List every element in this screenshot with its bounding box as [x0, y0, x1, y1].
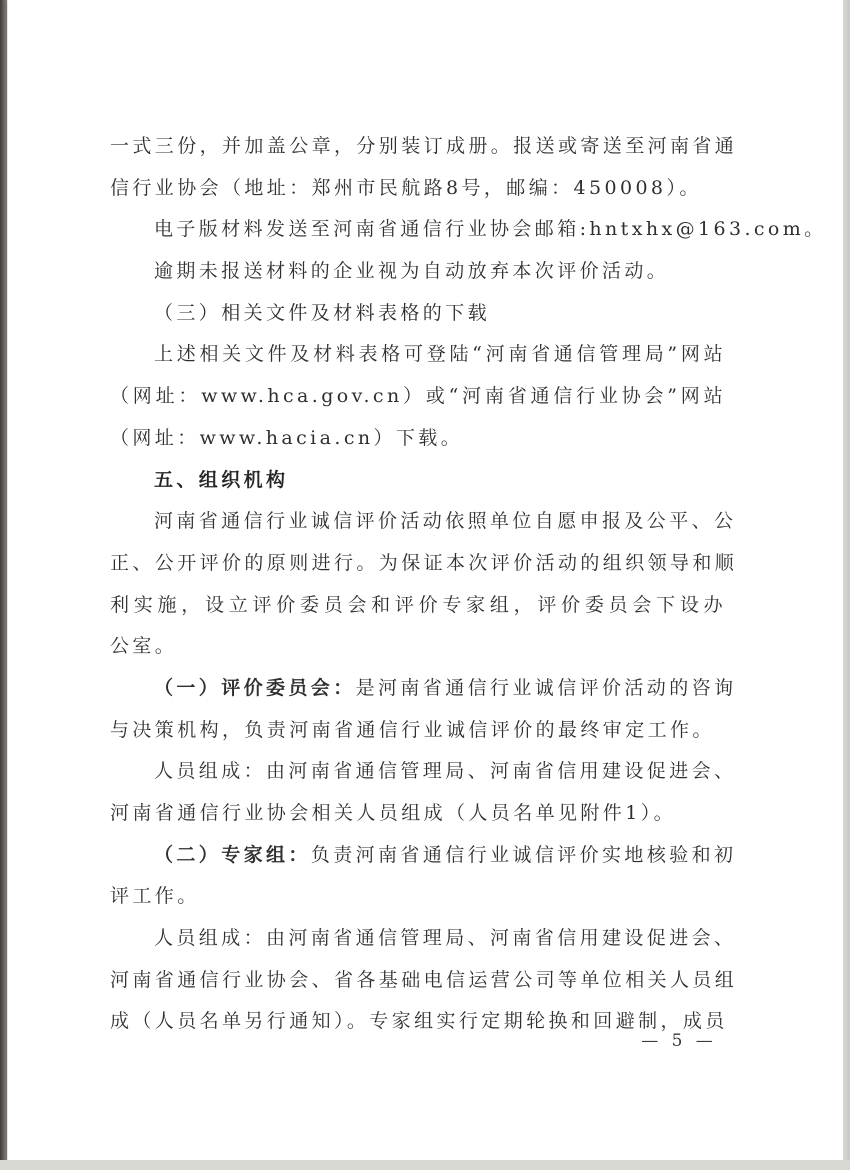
expert-group-line-2: 评工作。 — [110, 876, 726, 918]
committee-members-line-1: 人员组成：由河南省通信管理局、河南省信用建设促进会、 — [110, 751, 726, 793]
org-paragraph-line-3: 利实施，设立评价委员会和评价专家组，评价委员会下设办 — [110, 585, 726, 627]
scan-edge-right — [843, 0, 850, 1170]
org-paragraph-line-2: 正、公开评价的原则进行。为保证本次评价活动的组织领导和顺 — [110, 543, 726, 585]
download-line-1: 上述相关文件及材料表格可登陆“河南省通信管理局”网站 — [110, 334, 726, 376]
body-line-1: 一式三份，并加盖公章，分别装订成册。报送或寄送至河南省通 — [110, 126, 726, 168]
document-body: 一式三份，并加盖公章，分别装订成册。报送或寄送至河南省通 信行业协会（地址：郑州… — [110, 126, 726, 1043]
expert-members-line-1: 人员组成：由河南省通信管理局、河南省信用建设促进会、 — [110, 918, 726, 960]
deadline-line: 逾期未报送材料的企业视为自动放弃本次评价活动。 — [110, 251, 726, 293]
expert-group-line-1: （二）专家组：负责河南省通信行业诚信评价实地核验和初 — [110, 835, 726, 877]
section-heading-organization: 五、组织机构 — [110, 460, 726, 502]
org-paragraph-line-4: 公室。 — [110, 626, 726, 668]
expert-group-label: （二）专家组： — [154, 844, 311, 866]
download-line-3: （网址：www.hacia.cn）下载。 — [110, 418, 726, 460]
committee-label: （一）评价委员会： — [154, 677, 356, 699]
page-number: — 5 — — [634, 1031, 724, 1051]
scan-edge-left — [0, 0, 7, 1170]
committee-line-2: 与决策机构，负责河南省通信行业诚信评价的最终审定工作。 — [110, 710, 726, 752]
committee-members-line-2: 河南省通信行业协会相关人员组成（人员名单见附件1）。 — [110, 793, 726, 835]
email-line: 电子版材料发送至河南省通信行业协会邮箱:hntxhx@163.com。 — [110, 209, 726, 251]
org-paragraph-line-1: 河南省通信行业诚信评价活动依照单位自愿申报及公平、公 — [110, 501, 726, 543]
body-line-2: 信行业协会（地址：郑州市民航路8号，邮编：450008）。 — [110, 168, 726, 210]
download-line-2: （网址：www.hca.gov.cn）或“河南省通信行业协会”网站 — [110, 376, 726, 418]
subheading-downloads: （三）相关文件及材料表格的下载 — [110, 293, 726, 335]
scan-edge-bottom — [0, 1160, 850, 1170]
committee-line-1: （一）评价委员会：是河南省通信行业诚信评价活动的咨询 — [110, 668, 726, 710]
expert-members-line-2: 河南省通信行业协会、省各基础电信运营公司等单位相关人员组 — [110, 960, 726, 1002]
